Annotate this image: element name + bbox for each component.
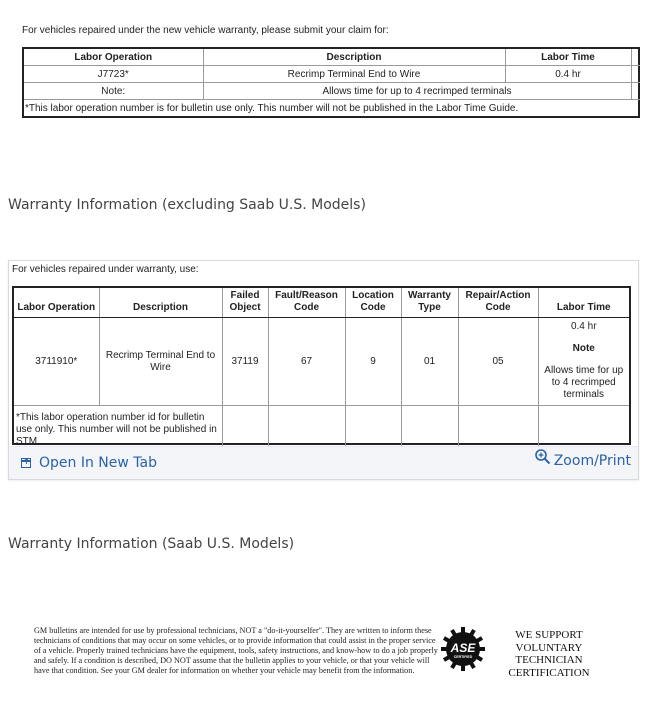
spacer-cell: [631, 83, 640, 100]
new-vehicle-warranty-intro: For vehicles repaired under the new vehi…: [22, 25, 389, 36]
cert-line: CERTIFICATION: [500, 667, 598, 680]
table-row: Note: Allows time for up to 4 recrimped …: [24, 83, 640, 100]
cert-line: TECHNICIAN: [500, 654, 598, 667]
repair-action-code-value: 05: [458, 318, 538, 406]
failed-object-value: 37119: [222, 318, 268, 406]
empty-cell: [345, 406, 401, 449]
warranty-type-value: 01: [401, 318, 458, 406]
header-labor-operation: Labor Operation: [14, 288, 99, 318]
cert-line: VOLUNTARY: [500, 642, 598, 655]
header-labor-operation: Labor Operation: [24, 49, 203, 66]
labor-operation-value: 3711910*: [14, 318, 99, 406]
labor-operation-table: Labor Operation Description Labor Time J…: [22, 47, 640, 118]
cert-line: WE SUPPORT: [500, 629, 598, 642]
warranty-info-heading: Warranty Information (excluding Saab U.S…: [8, 197, 366, 213]
labor-time-cell: 0.4 hr Note Allows time for up to 4 recr…: [538, 318, 629, 406]
header-description: Description: [203, 49, 505, 66]
header-description: Description: [99, 288, 222, 318]
empty-cell: [268, 406, 345, 449]
gm-disclaimer: GM bulletins are intended for use by pro…: [34, 626, 442, 676]
labor-time-value: 0.4 hr: [505, 66, 631, 83]
note-label: Note:: [24, 83, 203, 100]
empty-cell: [222, 406, 268, 449]
open-in-new-tab-link[interactable]: Open In New Tab: [21, 455, 157, 471]
zoom-print-link[interactable]: Zoom/Print: [534, 452, 631, 470]
table-row: 3711910* Recrimp Terminal End to Wire 37…: [14, 318, 629, 406]
header-fault-reason-code: Fault/Reason Code: [268, 288, 345, 318]
description-value: Recrimp Terminal End to Wire: [99, 318, 222, 406]
zoom-print-label: Zoom/Print: [554, 453, 631, 469]
fault-reason-code-value: 67: [268, 318, 345, 406]
header-location-code: Location Code: [345, 288, 401, 318]
footnote-row: *This labor operation number id for bull…: [14, 406, 629, 449]
header-warranty-type: Warranty Type: [401, 288, 458, 318]
certification-text: WE SUPPORT VOLUNTARY TECHNICIAN CERTIFIC…: [500, 629, 598, 679]
header-labor-time: Labor Time: [505, 49, 631, 66]
table-header-row: Labor Operation Description Labor Time: [24, 49, 640, 66]
svg-text:CERTIFIED: CERTIFIED: [454, 655, 473, 659]
header-labor-time: Labor Time: [538, 288, 629, 318]
table-row: J7723* Recrimp Terminal End to Wire 0.4 …: [24, 66, 640, 83]
open-new-tab-icon: [21, 458, 31, 468]
empty-cell: [401, 406, 458, 449]
footnote-row: *This labor operation number is for bull…: [24, 100, 640, 117]
empty-cell: [538, 406, 629, 449]
location-code-value: 9: [345, 318, 401, 406]
footnote-text: *This labor operation number id for bull…: [14, 406, 222, 449]
note-text: Allows time for up to 4 recrimped termin…: [540, 365, 629, 401]
open-in-new-tab-label: Open In New Tab: [39, 455, 157, 471]
labor-operation-value: J7723*: [24, 66, 203, 83]
saab-warranty-heading: Warranty Information (Saab U.S. Models): [8, 536, 294, 552]
note-text: Allows time for up to 4 recrimped termin…: [203, 83, 631, 100]
ase-logo-icon: ASE CERTIFIED: [440, 626, 486, 672]
card-footer: Open In New Tab Zoom/Print: [9, 446, 638, 479]
zoom-in-icon: [534, 448, 552, 466]
note-label: Note: [540, 343, 629, 355]
warranty-intro: For vehicles repaired under warranty, us…: [12, 264, 199, 275]
header-repair-action-code: Repair/Action Code: [458, 288, 538, 318]
spacer-cell: [631, 66, 640, 83]
header-failed-object: Failed Object: [222, 288, 268, 318]
labor-time-value: 0.4 hr: [540, 321, 629, 333]
svg-text:ASE: ASE: [450, 641, 477, 655]
empty-cell: [458, 406, 538, 449]
footnote-text: *This labor operation number is for bull…: [24, 100, 640, 117]
warranty-table: Labor Operation Description Failed Objec…: [12, 286, 631, 445]
table-header-row: Labor Operation Description Failed Objec…: [14, 288, 629, 318]
description-value: Recrimp Terminal End to Wire: [203, 66, 505, 83]
spacer-cell: [631, 49, 640, 66]
